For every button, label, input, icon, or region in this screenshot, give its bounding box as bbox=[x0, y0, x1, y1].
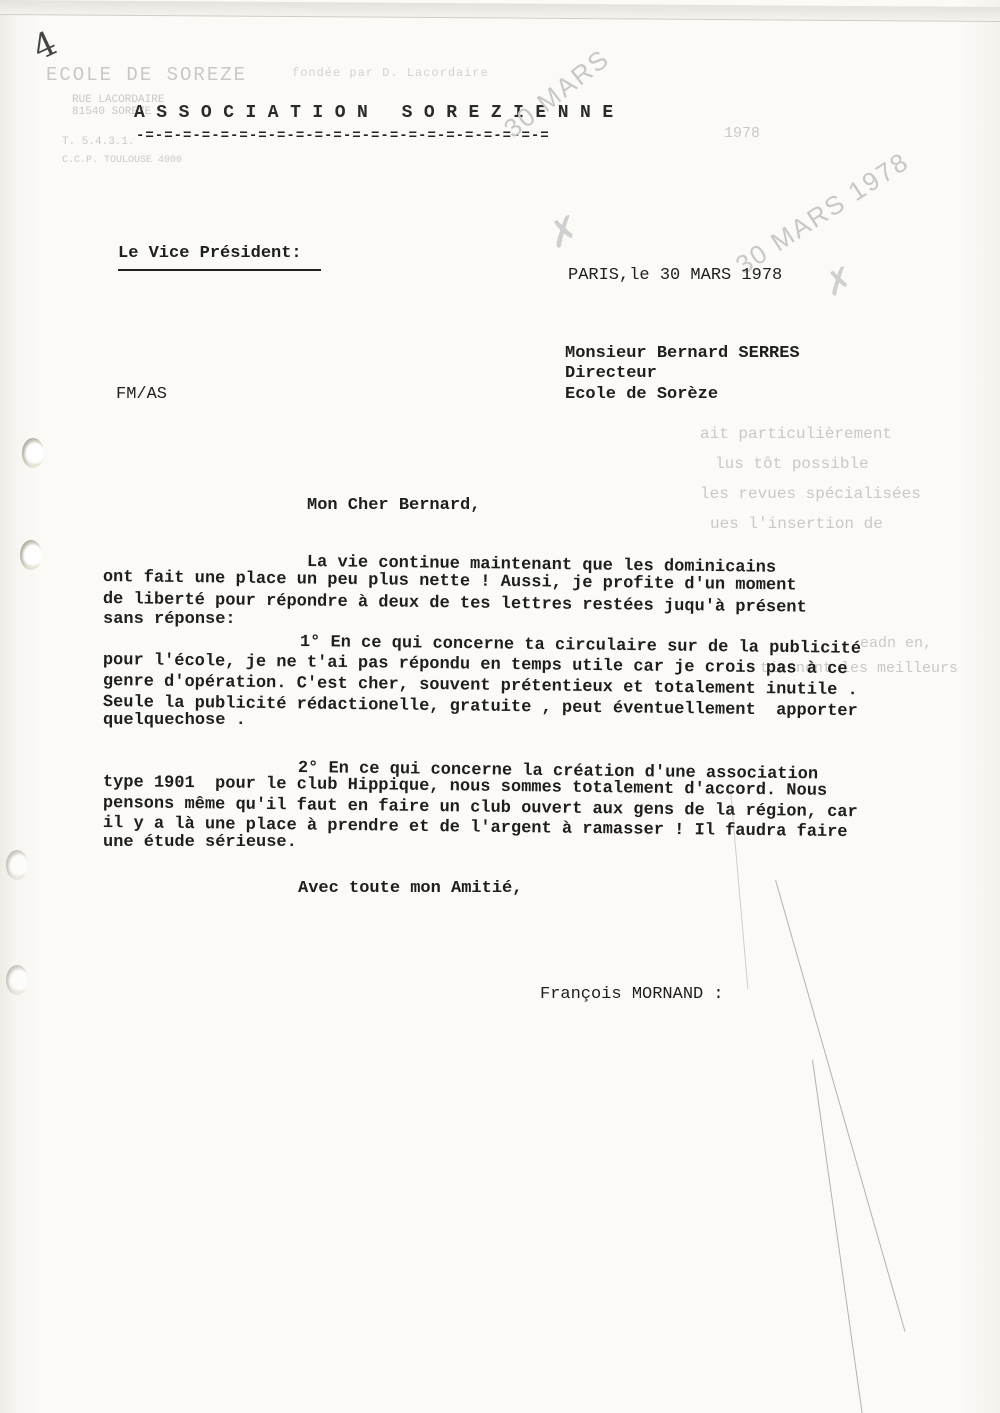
pencil-stroke bbox=[812, 1060, 863, 1413]
body-line: sans réponse: bbox=[103, 610, 236, 629]
punch-hole bbox=[6, 850, 28, 880]
handwritten-page-mark: 4 bbox=[27, 23, 64, 68]
punch-hole bbox=[6, 965, 28, 995]
bleed-through-line: ues l'insertion de bbox=[710, 515, 883, 533]
ghost-phone: T. 5.4.3.1. bbox=[62, 136, 135, 148]
page-top-edge bbox=[0, 0, 1000, 22]
ghost-school-name: ECOLE DE SOREZE bbox=[46, 64, 247, 86]
bleed-through-line: lus tôt possible bbox=[715, 455, 869, 473]
body-line: une étude sérieuse. bbox=[103, 833, 297, 852]
ghost-founded-line: fondée par D. Lacordaire bbox=[292, 66, 489, 80]
ghost-year: 1978 bbox=[724, 125, 760, 142]
letter-page: 4 ECOLE DE SOREZE fondée par D. Lacordai… bbox=[0, 0, 1000, 1413]
recipient-school: Ecole de Sorèze bbox=[565, 385, 718, 404]
reference-initials: FM/AS bbox=[116, 385, 167, 404]
date-line: PARIS,le 30 MARS 1978 bbox=[568, 266, 782, 285]
signature-name: François MORNAND : bbox=[540, 985, 724, 1004]
punch-hole bbox=[20, 540, 42, 570]
punch-hole bbox=[22, 438, 44, 468]
date-stamp-partial: 30 MARS bbox=[498, 43, 616, 145]
body-line: quelquechose . bbox=[103, 711, 246, 730]
sender-role-underline bbox=[118, 269, 321, 271]
bleed-through-line: ait particulièrement bbox=[700, 425, 892, 443]
ghost-postal: C.C.P. TOULOUSE 4000 bbox=[62, 155, 182, 166]
recipient-title: Directeur bbox=[565, 364, 657, 383]
stamp-initials-mark: ✗ bbox=[541, 206, 586, 258]
bleed-through-line: les revues spécialisées bbox=[700, 485, 921, 503]
salutation: Mon Cher Bernard, bbox=[307, 496, 480, 515]
bleed-through-line: eadn en, bbox=[860, 635, 932, 652]
recipient-name: Monsieur Bernard SERRES bbox=[565, 344, 800, 363]
stamp-initials-mark: ✗ bbox=[819, 258, 859, 305]
title-rule: -=-=-=-=-=-=-=-=-=-=-=-=-=-=-=-=-=-=-=-=… bbox=[136, 128, 550, 144]
date-stamp: 30 MARS 1978 bbox=[730, 146, 915, 281]
sender-role: Le Vice Président: bbox=[118, 244, 302, 263]
closing: Avec toute mon Amitié, bbox=[298, 879, 522, 898]
